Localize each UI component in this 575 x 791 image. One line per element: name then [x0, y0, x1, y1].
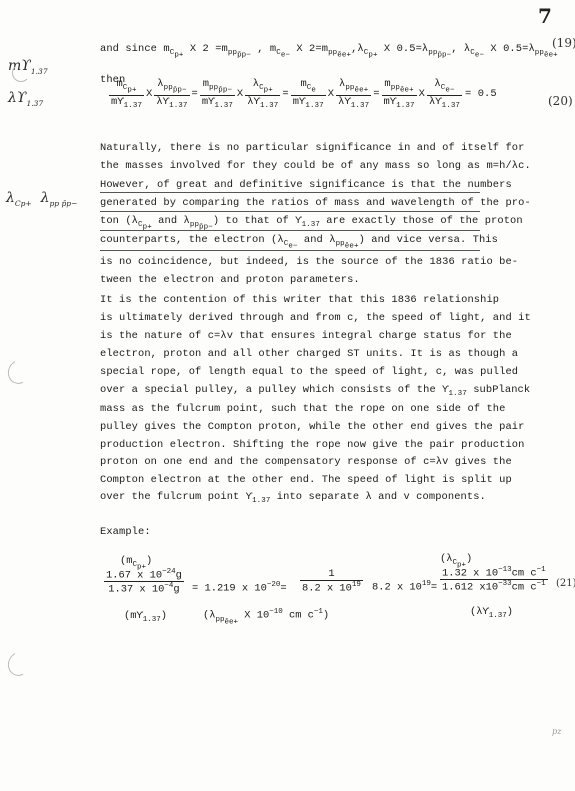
den-text: λϒ: [338, 96, 351, 108]
den-sub: 1.37: [442, 102, 460, 110]
example-left-fraction: 1.67 x 10−24g 1.37 x 10−4g: [104, 568, 184, 596]
eq-text: X 0.5=λ: [484, 43, 535, 55]
fraction-denominator: λϒ1.37: [154, 96, 189, 110]
margin-note-lambda-gamma: λϒ1.37: [8, 90, 43, 108]
fraction-numerator: 1.67 x 10−24g: [104, 568, 184, 582]
num-exp: −1: [537, 566, 546, 574]
punch-hole-mark: [12, 64, 30, 82]
margin-note-text: λϒ: [8, 90, 26, 106]
text-line: over the fulcrum point ϒ1.37 into separa…: [100, 491, 486, 505]
eq-sub: pp: [228, 49, 237, 57]
fraction-denominator: mϒ1.37: [200, 96, 235, 110]
fraction-denominator: 1.612 x10−33cm c−1: [440, 580, 548, 593]
eq-subsub: ēe+: [337, 52, 351, 60]
text-span: over the fulcrum point ϒ: [100, 491, 252, 503]
den-exp: −33: [498, 580, 512, 588]
den-unit: cm c: [512, 582, 537, 594]
label-text: (mϒ: [124, 610, 143, 622]
fraction: λCe−λϒ1.37: [427, 78, 462, 110]
example-heading: Example:: [100, 526, 151, 538]
eq-text: ,λ: [351, 43, 364, 55]
text-line: tween the electron and proton parameters…: [100, 274, 360, 286]
page-number: 7: [538, 4, 552, 28]
label-text: X 10: [238, 609, 269, 621]
den-text: λϒ: [429, 96, 442, 108]
text-span: subPlanck: [467, 384, 530, 396]
text-line: special rope, of length equal to the spe…: [100, 366, 518, 378]
fraction: 1.32 x 10−13cm c−1 1.612 x10−33cm c−1: [440, 566, 548, 594]
den-text: λϒ: [247, 96, 260, 108]
margin-note-corner: pz: [552, 727, 561, 736]
den-text: λϒ: [156, 96, 169, 108]
fraction: λppp̄p−λϒ1.37: [154, 78, 189, 110]
num-subsub: e: [311, 87, 316, 95]
equation-19-label: (19): [552, 36, 575, 50]
text-line: pulley gives the Compton proton, while t…: [100, 421, 524, 433]
den-text: mϒ: [384, 96, 397, 108]
num-subsub: p̄p−: [218, 87, 232, 95]
document-page: 7 mϒ1.37 λϒ1.37 λCp+ λpp p̄p− pz and sin…: [0, 0, 575, 791]
text-line: It is the contention of this writer that…: [100, 294, 499, 306]
example-mid-label: (λppēe+ X 10−10 cm c−1): [203, 608, 329, 626]
text-sub: 1.37: [448, 390, 466, 398]
handwritten-underline: [100, 192, 480, 193]
num-text: 1.32 x 10: [442, 567, 498, 579]
example-right-fraction: 1.32 x 10−13cm c−1 1.612 x10−33cm c−1: [440, 566, 548, 594]
operator: =: [282, 88, 288, 100]
text-span: ) and vice versa. This: [359, 234, 498, 246]
text-line: counterparts, the electron (λCe− and λpp…: [100, 234, 498, 251]
eq-subsub: p̄p−: [437, 52, 451, 60]
eq-subsub: e−: [475, 52, 484, 60]
num-sub: Ce−: [441, 84, 455, 92]
num-exp: −24: [162, 568, 176, 576]
den-exp: 19: [352, 581, 361, 589]
label-sub: 1.37: [143, 616, 161, 624]
num-subsub: p̄p−: [173, 87, 187, 95]
fraction: 1 8.2 x 1019: [300, 568, 363, 594]
text-line: generated by comparing the ratios of mas…: [100, 197, 531, 209]
equation-19: and since mCp+ X 2 =mppp̄p− , mCe− X 2=m…: [100, 43, 558, 60]
den-sub: 1.37: [351, 102, 369, 110]
text-span: over a special pulley, a pulley which co…: [100, 384, 448, 396]
operator: =: [192, 88, 198, 100]
den-text: 8.2 x 10: [302, 582, 352, 594]
fraction-numerator: 1.32 x 10−13cm c−1: [440, 566, 548, 580]
text-line: Naturally, there is no particular signif…: [100, 142, 524, 154]
den-sub: 1.37: [260, 102, 278, 110]
label-sub: 1.37: [489, 612, 507, 620]
label-text: (λϒ: [470, 606, 489, 618]
fraction-numerator: λCp+: [245, 78, 280, 96]
eq-text: and since m: [100, 43, 170, 55]
handwritten-underline: [100, 211, 480, 212]
text-span: and λ: [298, 234, 336, 246]
num-sub: Cp+: [123, 84, 137, 92]
num-sub: Ce: [307, 84, 316, 92]
eq-text: , m: [251, 43, 276, 55]
num-sub: ppp̄p−: [209, 84, 232, 92]
eq-subsub: e−: [281, 52, 290, 60]
den-sub: 1.37: [124, 102, 142, 110]
example-left-bottom-label: (mϒ1.37): [124, 610, 167, 624]
label-text: (λ: [440, 553, 452, 565]
text-line: is ultimately derived through and from c…: [100, 312, 531, 324]
fraction-numerator: 1: [300, 568, 363, 581]
den-text: mϒ: [111, 96, 124, 108]
handwritten-underline: [100, 250, 480, 251]
text-line: over a special pulley, a pulley which co…: [100, 384, 530, 398]
den-text: mϒ: [202, 96, 215, 108]
equation-21-label: (21): [556, 578, 575, 589]
eq-subsub: p+: [368, 52, 377, 60]
eq-exp: −20: [267, 581, 281, 589]
handwritten-underline: [100, 230, 480, 231]
den-sub: 1.37: [305, 102, 323, 110]
fraction: mppp̄p−mϒ1.37: [200, 78, 235, 110]
text-line: mass as the fulcrum point, such that the…: [100, 403, 505, 415]
num-unit: g: [176, 569, 182, 581]
operator: X: [419, 88, 425, 100]
den-exp: −1: [537, 580, 546, 588]
text-span: and λ: [152, 215, 190, 227]
num-sub-text: pp: [391, 84, 400, 92]
equation-20: mCp+mϒ1.37Xλppp̄p−λϒ1.37=mppp̄p−mϒ1.37Xλ…: [108, 78, 497, 110]
fraction: 1.67 x 10−24g 1.37 x 10−4g: [104, 568, 184, 596]
equation-20-result: = 0.5: [465, 88, 497, 100]
eq-text: 8.2 x 10: [372, 581, 422, 593]
fraction-denominator: λϒ1.37: [427, 96, 462, 110]
label-exp: −1: [314, 608, 323, 616]
num-sub-text: pp: [345, 84, 354, 92]
margin-note-sub: 1.37: [31, 67, 48, 76]
eq-sub: pp: [328, 49, 337, 57]
fraction: mppēe+mϒ1.37: [382, 78, 417, 110]
text-sub: pp: [336, 240, 345, 248]
text-line: proton on one end and the compensatory r…: [100, 456, 512, 468]
margin-note-sub: 1.37: [26, 99, 43, 108]
den-text: 1.612 x10: [442, 582, 498, 594]
fraction: λppēe+λϒ1.37: [336, 78, 371, 110]
fraction-numerator: λppēe+: [336, 78, 371, 96]
text-line: production electron. Shifting the rope n…: [100, 439, 524, 451]
operator: X: [146, 88, 152, 100]
eq-sub: pp: [535, 49, 544, 57]
text-span: ) to that of ϒ: [213, 215, 302, 227]
num-sub-text: pp: [164, 84, 173, 92]
den-unit: g: [173, 584, 179, 596]
fraction-denominator: λϒ1.37: [245, 96, 280, 110]
label-sub: pp: [215, 616, 224, 624]
text-line: the masses involved for they could be of…: [100, 160, 531, 172]
label-text: (λ: [203, 609, 215, 621]
margin-note-text: λ: [6, 190, 15, 206]
num-sub-text: pp: [209, 84, 218, 92]
eq-text: =: [431, 581, 437, 593]
text-span: into separate λ and v components.: [270, 491, 485, 503]
text-sub: pp: [190, 221, 199, 229]
text-span: are exactly those of the proton: [320, 215, 523, 227]
operator: X: [328, 88, 334, 100]
example-mid-fraction: 1 8.2 x 1019: [300, 568, 363, 594]
text-line: However, of great and definitive signifi…: [100, 179, 512, 191]
eq-text: , λ: [451, 43, 470, 55]
eq-text: X 2=m: [290, 43, 328, 55]
eq-text: =: [280, 582, 286, 594]
num-subsub: p+: [264, 87, 273, 95]
operator: =: [373, 88, 379, 100]
margin-note-sub: pp p̄p−: [49, 199, 77, 208]
text-span: counterparts, the electron (λ: [100, 234, 284, 246]
num-unit: cm c: [512, 567, 537, 579]
operator: X: [237, 88, 243, 100]
num-subsub: p+: [127, 87, 136, 95]
text-line: Compton electron at the other end. The s…: [100, 474, 512, 486]
den-sub: 1.37: [169, 102, 187, 110]
den-text: 1.37 x 10: [108, 584, 164, 596]
equation-20-label: (20): [548, 94, 573, 108]
fraction-denominator: mϒ1.37: [109, 96, 144, 110]
text-sub: 1.37: [302, 221, 320, 229]
label-subsub: ēe+: [225, 618, 239, 626]
example-right-lead: 8.2 x 1019=: [372, 580, 437, 593]
eq-subsub: p̄p−: [237, 52, 251, 60]
num-exp: −13: [498, 566, 512, 574]
punch-hole-mark: [5, 649, 34, 679]
margin-note-lambda-cp: λCp+ λpp p̄p−: [6, 190, 77, 208]
num-subsub: e−: [445, 87, 454, 95]
fraction-denominator: mϒ1.37: [382, 96, 417, 110]
fraction-denominator: 8.2 x 1019: [300, 581, 363, 594]
num-sub: ppēe+: [391, 84, 414, 92]
text-span: ton (λ: [100, 215, 138, 227]
den-sub: 1.37: [396, 102, 414, 110]
eq-text: = 1.219 x 10: [192, 582, 267, 594]
den-text: mϒ: [293, 96, 306, 108]
fraction-numerator: mCe: [291, 78, 326, 96]
num-sub: ppēe+: [345, 84, 368, 92]
eq-text: X 2 =m: [184, 43, 228, 55]
text-line: is the nature of c=λv that ensures integ…: [100, 330, 512, 342]
fraction-denominator: λϒ1.37: [336, 96, 371, 110]
punch-hole-mark: [5, 357, 34, 387]
eq-exp: 19: [422, 580, 431, 588]
fraction: λCp+λϒ1.37: [245, 78, 280, 110]
label-unit: cm c: [283, 609, 314, 621]
num-sub: ppp̄p−: [164, 84, 187, 92]
eq-subsub: ēe+: [544, 52, 558, 60]
eq-subsub: p+: [174, 52, 183, 60]
fraction-denominator: mϒ1.37: [291, 96, 326, 110]
num-subsub: ēe+: [400, 87, 414, 95]
margin-note-sub: Cp+: [15, 199, 32, 208]
text-line: electron, proton and all other charged S…: [100, 348, 518, 360]
fraction-numerator: mppēe+: [382, 78, 417, 96]
eq-text: X 0.5=λ: [378, 43, 429, 55]
text-sub: 1.37: [252, 497, 270, 505]
fraction-numerator: mppp̄p−: [200, 78, 235, 96]
fraction-denominator: 1.37 x 10−4g: [104, 582, 184, 595]
example-equals-1: = 1.219 x 10−20=: [192, 581, 287, 594]
label-text: (m: [120, 555, 132, 567]
num-subsub: ēe+: [355, 87, 369, 95]
num-text: 1.67 x 10: [106, 569, 162, 581]
fraction-numerator: λppp̄p−: [154, 78, 189, 96]
fraction: mCemϒ1.37: [291, 78, 326, 110]
num-sub: Cp+: [259, 84, 273, 92]
fraction-numerator: mCp+: [109, 78, 144, 96]
fraction: mCp+mϒ1.37: [109, 78, 144, 110]
fraction-numerator: λCe−: [427, 78, 462, 96]
text-line: is no coincidence, but indeed, is the so…: [100, 256, 518, 268]
example-right-bottom-label: (λϒ1.37): [470, 606, 513, 620]
label-exp: −10: [269, 608, 283, 616]
den-sub: 1.37: [215, 102, 233, 110]
